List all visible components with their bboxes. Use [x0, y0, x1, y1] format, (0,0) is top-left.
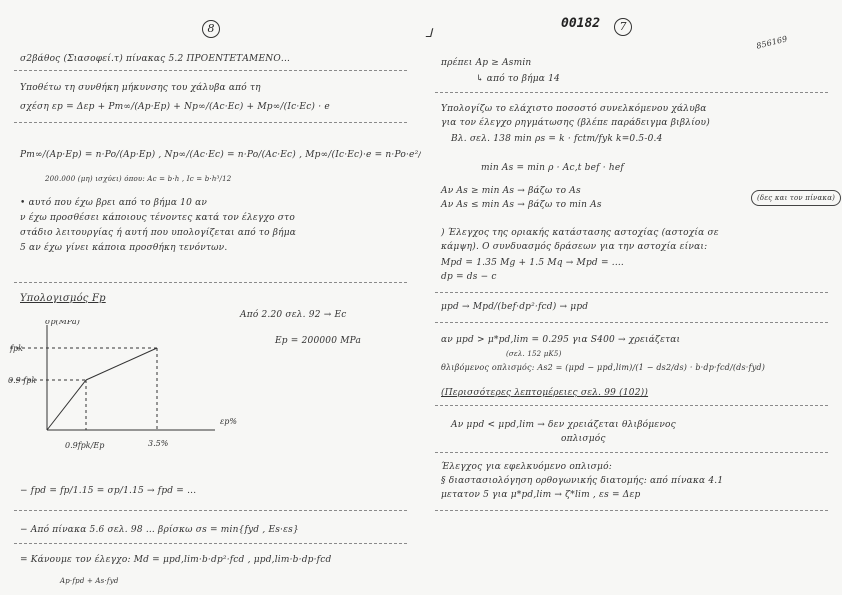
text-line: § διαστασιολόγηση ορθογωνικής διατομής: … [441, 476, 723, 486]
text-line: 5 αν έχω γίνει κάποια προσθήκη τενόντων. [20, 243, 227, 253]
formula-line: Βλ. σελ. 138 min ρs = k · fctm/fyk k=0.5… [451, 134, 663, 144]
x-axis-label: εp% [220, 417, 237, 426]
y-tick: fpk [9, 344, 23, 353]
formula-line: min As = min ρ · Ac,t bef · hef [481, 163, 624, 173]
x-tick: 0.9fpk/Ep [65, 441, 104, 450]
formula-line: θλιβόμενος οπλισμός: As2 = (μpd − μpd,li… [441, 363, 765, 372]
y-tick: 0.9·fpk [8, 376, 36, 385]
note-line: 200.000 (μη) ισχύει) όπου: Ac = b·h , Ic… [45, 175, 231, 183]
formula-line: μετατον 5 για μ*pd,lim → ζ*lim , εs = Δε… [441, 490, 640, 500]
section-title: Υπολογισμός Fp [20, 293, 106, 304]
text-line: ν έχω προσθέσει κάποιους τένοντες κατά τ… [20, 213, 295, 223]
formula-line: σχέση εp = Δεp + Pm∞/(Ap·Ep) + Np∞/(Ac·E… [20, 102, 330, 112]
stress-strain-chart: σp(MPa)εp%0.9·fpkfpk0.9fpk/Ep3.5% [0, 320, 421, 480]
corner-note: 856169 [755, 34, 788, 50]
page-number: 8 [202, 20, 220, 38]
formula-line: dp = ds − c [441, 272, 497, 282]
text-line: Υπολογίζω το ελάχιστο ποσοστό συνελκόμεν… [441, 104, 707, 114]
formula-line: Mpd = 1.35 Mg + 1.5 Mq → Mpd = .... [441, 258, 624, 268]
formula-line: Ap·fpd + As·fyd [60, 577, 119, 585]
formula-line: αν μpd > μ*pd,lim = 0.295 για S400 → χρε… [441, 335, 680, 345]
text-line: ) Έλεγχος της οριακής κατάστασης αστοχία… [441, 228, 719, 238]
text-line: ↳ από το βήμα 14 [476, 74, 560, 84]
page-number: 7 [614, 18, 632, 36]
x-tick: 3.5% [148, 439, 169, 448]
text-line: πρέπει Ap ≥ Asmin [441, 58, 531, 68]
right-notebook-page: ᒧ 00182 7 856169 πρέπει Ap ≥ Asmin ↳ από… [421, 0, 842, 595]
formula-line: Pm∞/(Ap·Ep) = n·Po/(Ap·Ep) , Np∞/(Ac·Ec)… [20, 150, 453, 160]
text-line: Αν As ≥ min As → βάζω το As [441, 186, 581, 196]
margin-mark: ᒧ [425, 26, 433, 40]
text-line: Αν As ≤ min As → βάζω το min As [441, 200, 602, 210]
formula-line: μpd → Mpd/(bef·dp²·fcd) → μpd [441, 302, 588, 312]
text-line: στάδιο λειτουργίας ή αυτή που υπολογίζετ… [20, 228, 296, 238]
formula-line: − Από πίνακα 5.6 σελ. 98 ... βρίσκω σs =… [20, 525, 299, 535]
text-line: οπλισμός [561, 434, 606, 444]
text-line: κάμψη). Ο συνδυασμός δράσεων για την αστ… [441, 242, 707, 252]
text-line: για τον έλεγχο ρηγμάτωσης (βλέπε παράδει… [441, 118, 710, 128]
text-line: Έλεγχος για εφελκυόμενο οπλισμό: [441, 462, 612, 472]
note-line: (σελ. 152 μΚ5) [506, 350, 562, 358]
formula-line: − fpd = fp/1.15 = σp/1.15 → fpd = ... [20, 486, 196, 496]
text-line: (Περισσότερες λεπτομέρειες σελ. 99 (102)… [441, 388, 648, 398]
y-axis-label: σp(MPa) [45, 320, 80, 326]
heading-line: σ2βάθος (Σιασοφεί.τ) πίνακας 5.2 ΠΡΟΕΝΤΕ… [20, 54, 290, 64]
text-line: Αν μpd < μpd,lim → δεν χρειάζεται θλιβόμ… [451, 420, 676, 430]
text-line: • αυτό που έχω βρει από το βήμα 10 αν [20, 198, 207, 208]
document-stamp: 00182 [561, 16, 600, 31]
boxed-note: (δες και τον πίνακα) [751, 190, 841, 206]
text-line: Υποθέτω τη συνθήκη μήκυνσης του χάλυβα α… [20, 83, 261, 93]
ec-note: Από 2.20 σελ. 92 → Ec [240, 310, 347, 320]
left-notebook-page: 8 σ2βάθος (Σιασοφεί.τ) πίνακας 5.2 ΠΡΟΕΝ… [0, 0, 422, 595]
formula-line: = Κάνουμε τον έλεγχο: Md = μpd,lim·b·dp²… [20, 555, 331, 565]
